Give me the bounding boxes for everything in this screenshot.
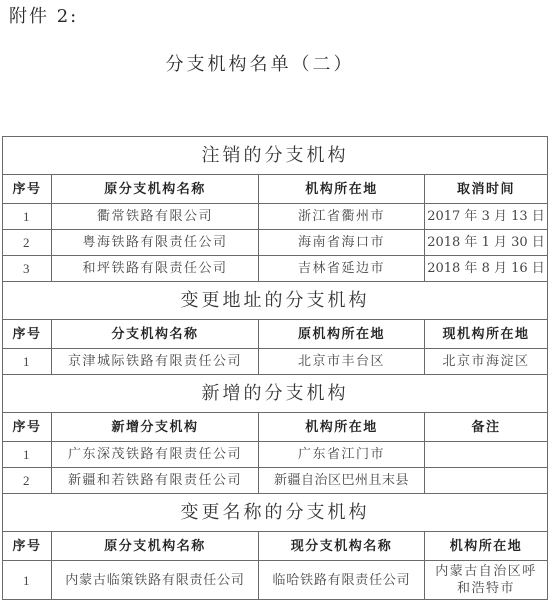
cell: 北京市海淀区 <box>425 349 548 375</box>
section-heading: 注销的分支机构 <box>3 137 548 175</box>
column-header: 备注 <box>425 413 548 442</box>
cell: 海南省海口市 <box>259 230 425 256</box>
cell: 广东深茂铁路有限责任公司 <box>52 442 259 468</box>
header-row: 序号 分支机构名称 原机构所在地 现机构所在地 <box>3 320 548 349</box>
cell: 1 <box>3 561 52 600</box>
cell: 2 <box>3 230 52 256</box>
cell <box>425 442 548 468</box>
cell: 广东省江门市 <box>259 442 425 468</box>
column-header: 原分支机构名称 <box>52 532 259 561</box>
attachment-label: 附件 2: <box>9 2 78 28</box>
header-row: 序号 原分支机构名称 机构所在地 取消时间 <box>3 175 548 204</box>
cell: 2017 年 3 月 13 日 <box>425 204 548 230</box>
column-header: 序号 <box>3 532 52 561</box>
section-heading-row: 变更地址的分支机构 <box>3 282 548 320</box>
cell: 北京市丰台区 <box>259 349 425 375</box>
cell: 3 <box>3 256 52 282</box>
header-row: 序号 原分支机构名称 现分支机构名称 机构所在地 <box>3 532 548 561</box>
column-header: 序号 <box>3 175 52 204</box>
cell: 和坪铁路有限责任公司 <box>52 256 259 282</box>
table-row: 1 衢常铁路有限公司 浙江省衢州市 2017 年 3 月 13 日 <box>3 204 548 230</box>
column-header: 机构所在地 <box>259 413 425 442</box>
cell: 衢常铁路有限公司 <box>52 204 259 230</box>
section-heading: 变更地址的分支机构 <box>3 282 548 320</box>
cell: 2 <box>3 468 52 494</box>
section-heading-row: 注销的分支机构 <box>3 137 548 175</box>
table-row: 3 和坪铁路有限责任公司 吉林省延边市 2018 年 8 月 16 日 <box>3 256 548 282</box>
cell: 1 <box>3 349 52 375</box>
cell: 粤海铁路有限责任公司 <box>52 230 259 256</box>
column-header: 原分支机构名称 <box>52 175 259 204</box>
column-header: 原机构所在地 <box>259 320 425 349</box>
column-header: 现分支机构名称 <box>259 532 425 561</box>
cell: 内蒙古临策铁路有限责任公司 <box>52 561 259 600</box>
cell: 内蒙古自治区呼和浩特市 <box>425 561 548 600</box>
column-header: 机构所在地 <box>259 175 425 204</box>
cell: 京津城际铁路有限责任公司 <box>52 349 259 375</box>
cell: 临哈铁路有限责任公司 <box>259 561 425 600</box>
column-header: 现机构所在地 <box>425 320 548 349</box>
column-header: 新增分支机构 <box>52 413 259 442</box>
section-heading: 新增的分支机构 <box>3 375 548 413</box>
column-header: 序号 <box>3 320 52 349</box>
cell: 浙江省衢州市 <box>259 204 425 230</box>
section-heading-row: 新增的分支机构 <box>3 375 548 413</box>
header-row: 序号 新增分支机构 机构所在地 备注 <box>3 413 548 442</box>
column-header: 取消时间 <box>425 175 548 204</box>
section-heading: 变更名称的分支机构 <box>3 494 548 532</box>
table-row: 2 新疆和若铁路有限责任公司 新疆自治区巴州且末县 <box>3 468 548 494</box>
column-header: 序号 <box>3 413 52 442</box>
column-header: 分支机构名称 <box>52 320 259 349</box>
page-title: 分支机构名单（二） <box>0 50 520 76</box>
column-header: 机构所在地 <box>425 532 548 561</box>
table-row: 2 粤海铁路有限责任公司 海南省海口市 2018 年 1 月 30 日 <box>3 230 548 256</box>
table-row: 1 广东深茂铁路有限责任公司 广东省江门市 <box>3 442 548 468</box>
cell <box>425 468 548 494</box>
cell: 2018 年 8 月 16 日 <box>425 256 548 282</box>
cell: 吉林省延边市 <box>259 256 425 282</box>
branch-list-table: 注销的分支机构 序号 原分支机构名称 机构所在地 取消时间 1 衢常铁路有限公司… <box>2 136 548 600</box>
cell: 1 <box>3 442 52 468</box>
cell: 1 <box>3 204 52 230</box>
cell: 2018 年 1 月 30 日 <box>425 230 548 256</box>
section-heading-row: 变更名称的分支机构 <box>3 494 548 532</box>
cell: 新疆自治区巴州且末县 <box>259 468 425 494</box>
table-row: 1 京津城际铁路有限责任公司 北京市丰台区 北京市海淀区 <box>3 349 548 375</box>
table-row: 1 内蒙古临策铁路有限责任公司 临哈铁路有限责任公司 内蒙古自治区呼和浩特市 <box>3 561 548 600</box>
cell: 新疆和若铁路有限责任公司 <box>52 468 259 494</box>
